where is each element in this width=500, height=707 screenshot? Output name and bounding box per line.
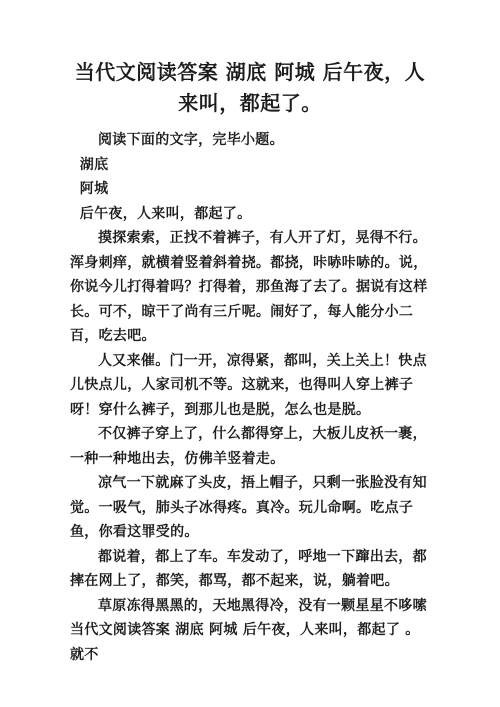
document-page: 当代文阅读答案 湖底 阿城 后午夜，人来叫，都起了。 阅读下面的文字，完毕小题。… bbox=[0, 0, 500, 707]
story-title: 湖底 bbox=[70, 153, 430, 178]
story-paragraph: 草原冻得黑黑的，天地黑得冷，没有一颗星星不哆嗦当代文阅读答案 湖底 阿城 后午夜… bbox=[70, 594, 430, 668]
story-paragraph: 凉气一下就麻了头皮，捂上帽子，只剩一张脸没有知觉。一吸气，肺头子冰得疼。真冷。玩… bbox=[70, 471, 430, 545]
story-paragraph: 摸探索索，正找不着裤子，有人开了灯，晃得不行。浑身刺痒，就横着竖着斜着挠。都挠，… bbox=[70, 226, 430, 349]
story-paragraph: 人又来催。门一开，凉得紧，都叫，关上关上！快点儿快点儿，人家司机不等。这就来，也… bbox=[70, 349, 430, 423]
story-paragraph: 不仅裤子穿上了，什么都得穿上，大板儿皮袄一裹，一种一种地出去，仿佛羊竖着走。 bbox=[70, 422, 430, 471]
author-name: 阿城 bbox=[70, 177, 430, 202]
instruction-line: 阅读下面的文字，完毕小题。 bbox=[70, 128, 430, 153]
story-opening-line: 后午夜，人来叫，都起了。 bbox=[70, 202, 430, 227]
document-title: 当代文阅读答案 湖底 阿城 后午夜，人来叫，都起了。 bbox=[70, 57, 430, 119]
story-paragraph: 都说着，都上了车。车发动了，呼地一下蹿出去，都摔在网上了，都笑，都骂，都不起来，… bbox=[70, 545, 430, 594]
